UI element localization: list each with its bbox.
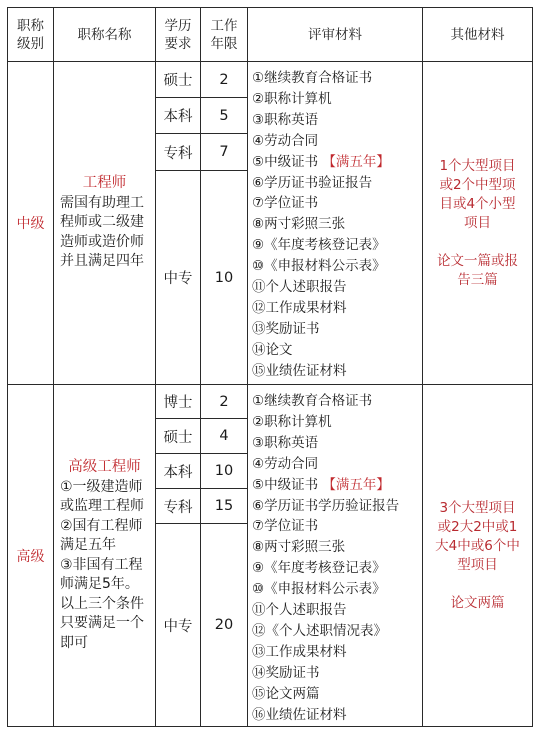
level-intermediate: 中级 [8, 62, 54, 385]
years-cell: 15 [201, 489, 248, 524]
edu-cell: 中专 [156, 171, 201, 385]
material-item: ⑤中级证书 【满五年】 [252, 475, 422, 496]
material-item: ⑭奖励证书 [252, 663, 422, 684]
material-item: ⑮论文两篇 [252, 684, 422, 705]
note-badge: 【满五年】 [322, 477, 390, 493]
header-education: 学历要求 [156, 8, 201, 62]
header-row: 职称级别 职称名称 学历要求 工作年限 评审材料 其他材料 [8, 8, 533, 62]
material-item: ①继续教育合格证书 [252, 68, 422, 89]
material-item: ⑬工作成果材料 [252, 642, 422, 663]
note-badge: 【满五年】 [322, 154, 390, 170]
edu-cell: 中专 [156, 524, 201, 727]
years-cell: 7 [201, 134, 248, 171]
material-item: ⑨《年度考核登记表》 [252, 558, 422, 579]
edu-cell: 专科 [156, 134, 201, 171]
edu-cell: 博士 [156, 385, 201, 419]
edu-cell: 本科 [156, 98, 201, 134]
material-item: ⑤中级证书 【满五年】 [252, 152, 422, 173]
material-item: ⑪个人述职报告 [252, 277, 422, 298]
material-item: ⑫《个人述职情况表》 [252, 621, 422, 642]
other-intermediate: 1个大型项目 或2个中型项 目或4个小型 项目 论文一篇或报 告三篇 [423, 62, 533, 385]
material-item: ③职称英语 [252, 110, 422, 131]
material-item: ⑧两寸彩照三张 [252, 214, 422, 235]
title-requirements-table: 职称级别 职称名称 学历要求 工作年限 评审材料 其他材料 中级 工程师 需国有… [7, 7, 533, 727]
material-item: ⑥学历证书验证报告 [252, 173, 422, 194]
years-cell: 4 [201, 419, 248, 454]
other-senior: 3个大型项目 或2大2中或1 大4中或6个中 型项目 论文两篇 [423, 385, 533, 727]
materials-senior: ①继续教育合格证书 ②职称计算机 ③职称英语 ④劳动合同 ⑤中级证书 【满五年】… [248, 385, 423, 727]
header-materials: 评审材料 [248, 8, 423, 62]
material-item: ⑭论文 [252, 340, 422, 361]
material-item: ⑥学历证书学历验证报告 [252, 496, 422, 517]
years-cell: 20 [201, 524, 248, 727]
material-item: ②职称计算机 [252, 89, 422, 110]
material-item: ⑬奖励证书 [252, 319, 422, 340]
materials-intermediate: ①继续教育合格证书 ②职称计算机 ③职称英语 ④劳动合同 ⑤中级证书 【满五年】… [248, 62, 423, 385]
years-cell: 10 [201, 171, 248, 385]
years-cell: 2 [201, 385, 248, 419]
edu-cell: 专科 [156, 489, 201, 524]
years-cell: 10 [201, 454, 248, 489]
material-item: ②职称计算机 [252, 412, 422, 433]
header-years: 工作年限 [201, 8, 248, 62]
edu-cell: 本科 [156, 454, 201, 489]
title-name: 高级工程师 [60, 458, 149, 478]
material-item: ⑦学位证书 [252, 193, 422, 214]
material-item: ⑫工作成果材料 [252, 298, 422, 319]
edu-cell: 硕士 [156, 419, 201, 454]
senior-row-1: 高级 高级工程师 ①一级建造师 或监理工程师 ②国有工程师 满足五年 ③非国有工… [8, 385, 533, 419]
title-intermediate: 工程师 需国有助理工 程师或二级建 造师或造价师 并且满足四年 [54, 62, 156, 385]
material-item: ⑪个人述职报告 [252, 600, 422, 621]
material-item: ③职称英语 [252, 433, 422, 454]
material-item: ⑧两寸彩照三张 [252, 537, 422, 558]
title-senior: 高级工程师 ①一级建造师 或监理工程师 ②国有工程师 满足五年 ③非国有工程 师… [54, 385, 156, 727]
title-name: 工程师 [60, 174, 149, 194]
years-cell: 2 [201, 62, 248, 98]
material-item: ④劳动合同 [252, 131, 422, 152]
material-item: ①继续教育合格证书 [252, 391, 422, 412]
level-senior: 高级 [8, 385, 54, 727]
years-cell: 5 [201, 98, 248, 134]
material-item: ⑩《申报材料公示表》 [252, 256, 422, 277]
material-item: ⑦学位证书 [252, 516, 422, 537]
header-title: 职称名称 [54, 8, 156, 62]
header-other: 其他材料 [423, 8, 533, 62]
material-item: ⑨《年度考核登记表》 [252, 235, 422, 256]
material-item: ⑮业绩佐证材料 [252, 361, 422, 382]
material-item: ⑩《申报材料公示表》 [252, 579, 422, 600]
material-item: ④劳动合同 [252, 454, 422, 475]
edu-cell: 硕士 [156, 62, 201, 98]
intermediate-row-1: 中级 工程师 需国有助理工 程师或二级建 造师或造价师 并且满足四年 硕士 2 … [8, 62, 533, 98]
material-item: ⑯业绩佐证材料 [252, 705, 422, 726]
header-level: 职称级别 [8, 8, 54, 62]
